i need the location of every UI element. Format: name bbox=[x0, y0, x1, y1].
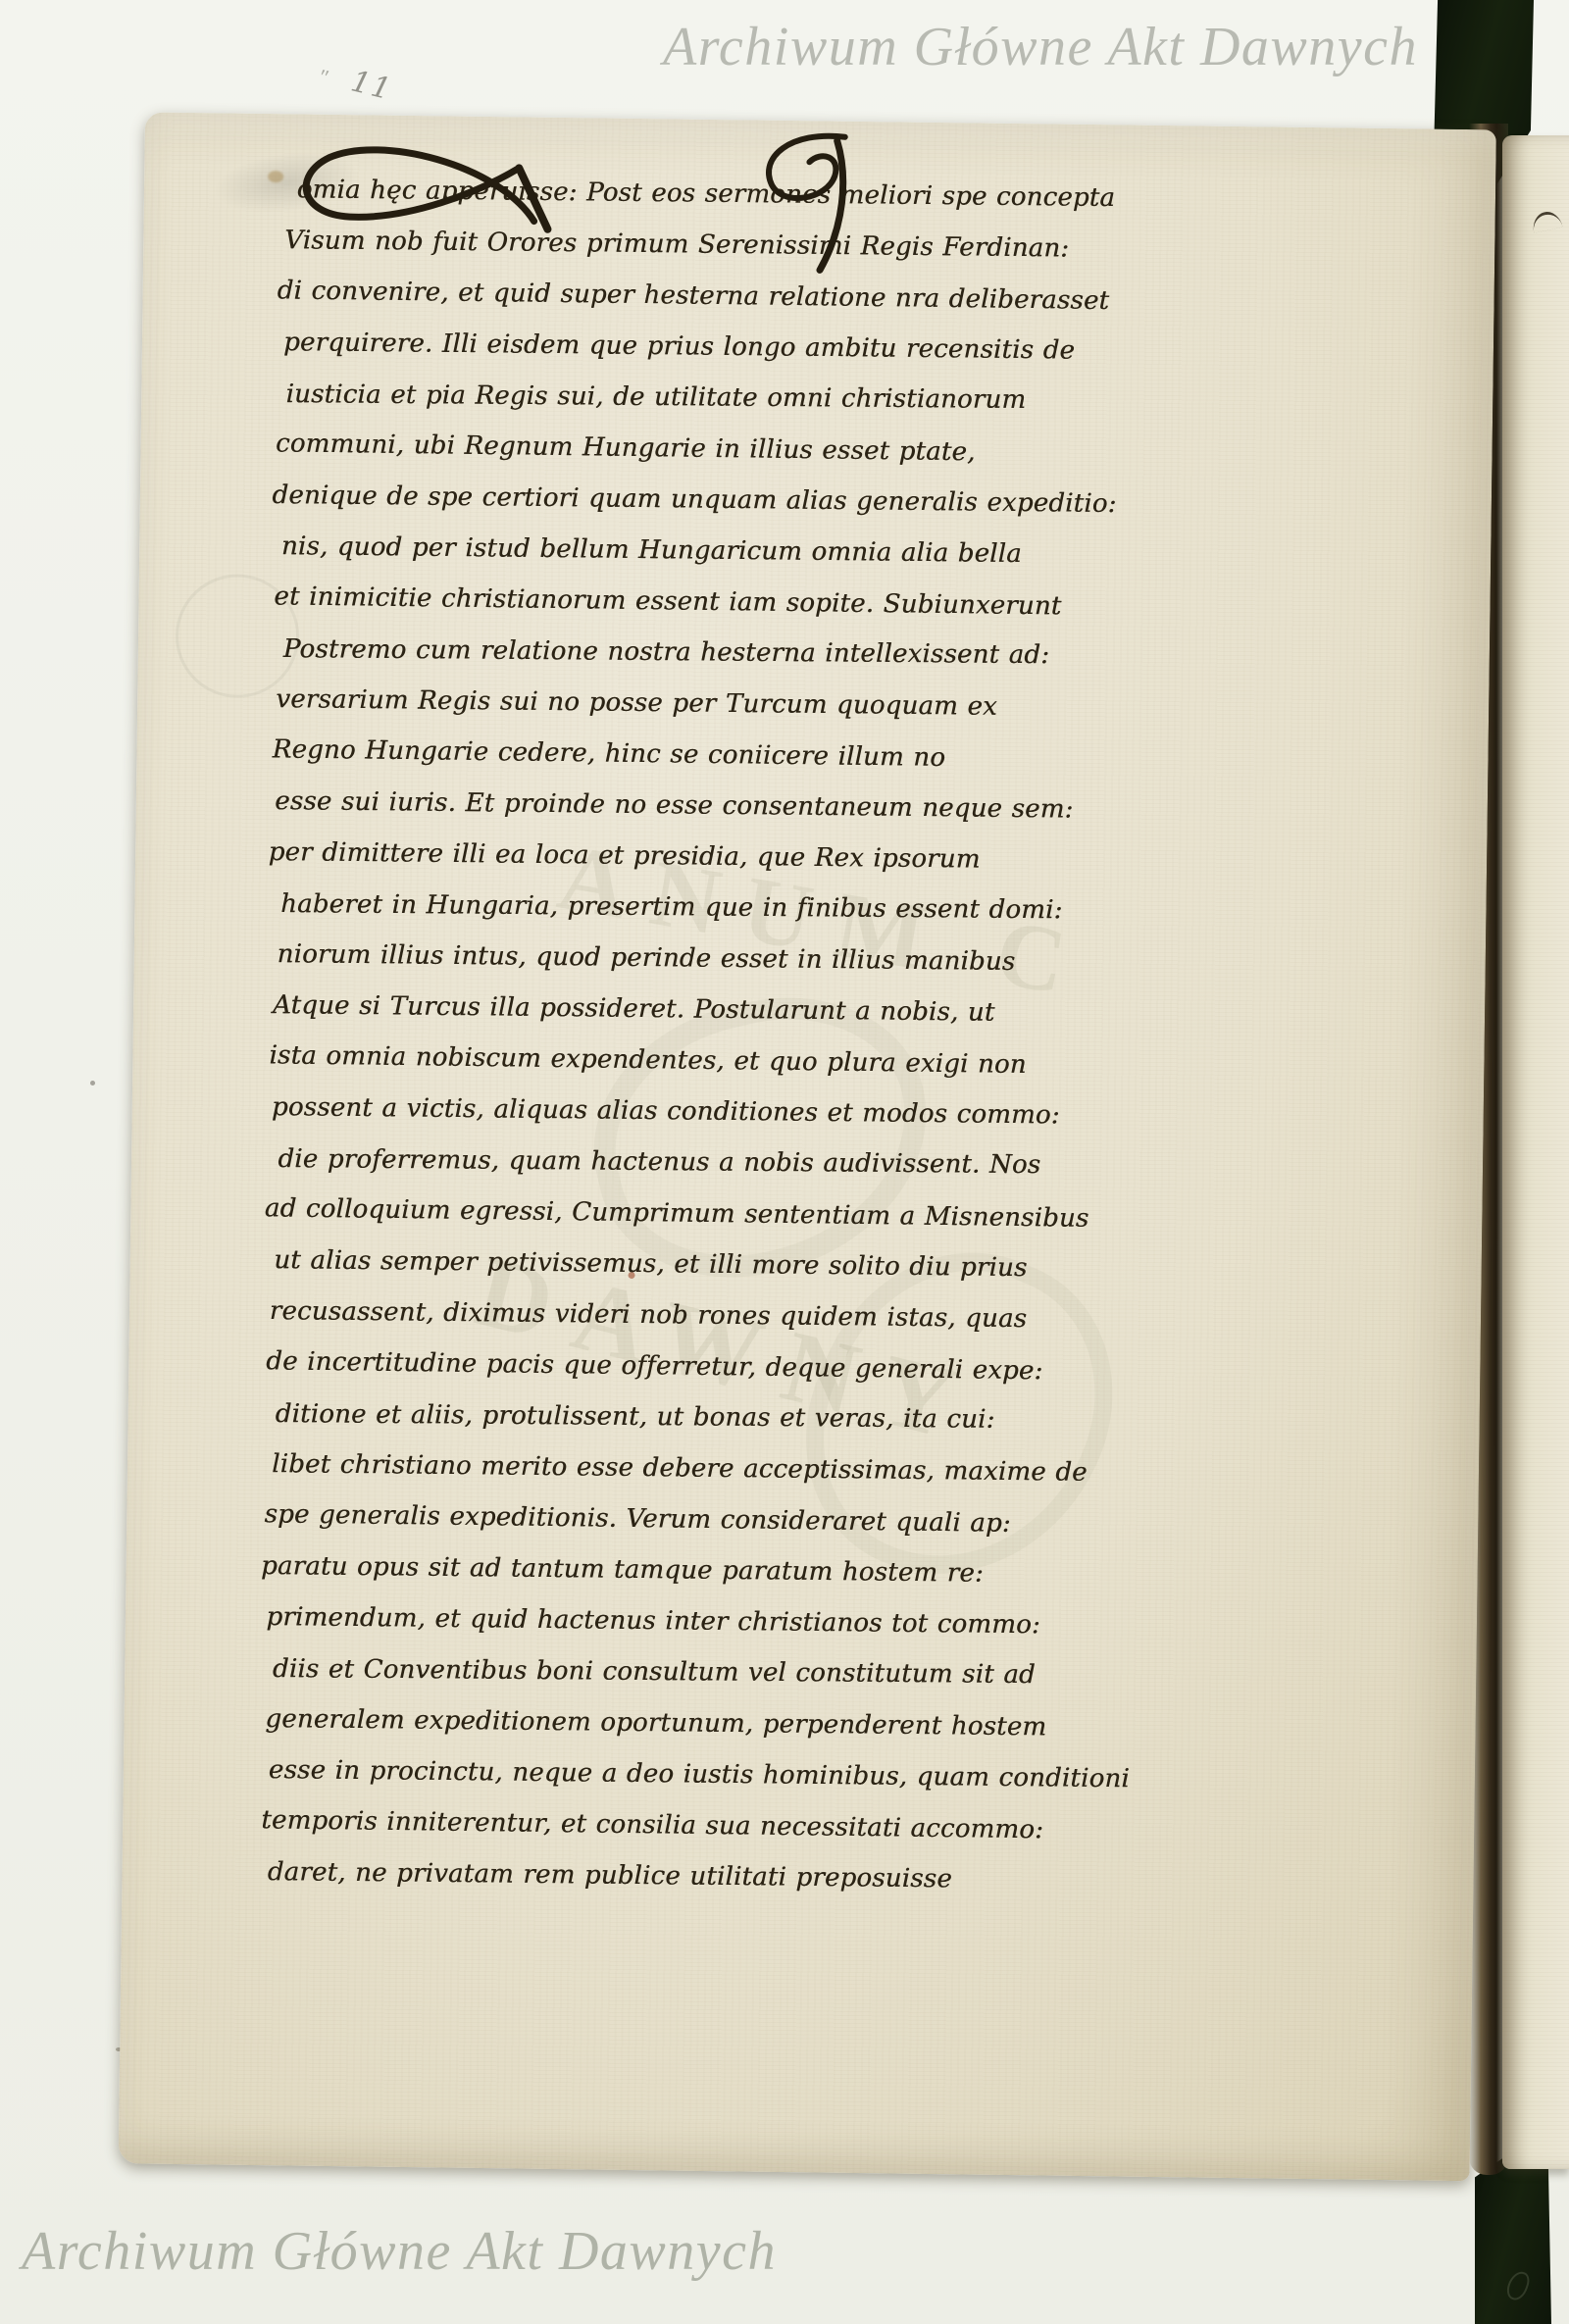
manuscript-line: versarium Regis sui no posse per Turcum … bbox=[276, 674, 951, 732]
manuscript-line: die proferremus, quam hactenus a nobis a… bbox=[278, 1134, 945, 1189]
manuscript-line: paratu opus sit ad tantum tamque paratum… bbox=[261, 1541, 942, 1598]
manuscript-line: denique de spe certiori quam unquam alia… bbox=[272, 470, 953, 528]
manuscript-line: ista omnia nobiscum expendentes, et quo … bbox=[269, 1030, 947, 1089]
archive-scan-photo: { "photo": { "background_color": "#f0f1e… bbox=[0, 0, 1569, 2324]
initial-flourish-d bbox=[290, 131, 576, 243]
manuscript-line: ditione et aliis, protulissent, ut bonas… bbox=[275, 1389, 942, 1444]
manuscript-line: ut alias semper petivissemus, et illi mo… bbox=[274, 1235, 945, 1292]
facing-page-ink-stroke bbox=[1530, 209, 1562, 233]
pencil-tick-mark: ″ bbox=[317, 64, 330, 90]
manuscript-text-block: omia hęc apperuisse: Post eos sermones m… bbox=[264, 164, 956, 1904]
manuscript-line: haberet in Hungaria, presertim que in fi… bbox=[280, 879, 948, 935]
manuscript-line: niorum illius intus, quod perinde esset … bbox=[277, 929, 948, 986]
manuscript-line: Atque si Turcus illa possideret. Postula… bbox=[273, 980, 948, 1037]
folio-number-pencil: 11 bbox=[347, 64, 395, 107]
manuscript-line: libet christiano merito esse debere acce… bbox=[272, 1439, 943, 1496]
manuscript-line: et inimicitie christianorum essent iam s… bbox=[274, 571, 952, 631]
manuscript-line: daret, ne privatam rem publice utilitati… bbox=[268, 1846, 939, 1904]
archive-watermark-top: Archiwum Główne Akt Dawnych bbox=[663, 16, 1418, 78]
manuscript-line: temporis inniterentur, et consilia sua n… bbox=[261, 1794, 939, 1854]
manuscript-line: possent a victis, aliquas alias conditio… bbox=[272, 1082, 947, 1139]
manuscript-line: Regno Hungarie cedere, hinc se coniicere… bbox=[272, 724, 950, 783]
ribbon-thread-mark bbox=[1504, 2269, 1532, 2303]
manuscript-line: primendum, et quid hactenus inter christ… bbox=[266, 1591, 941, 1649]
manuscript-line: per dimittere illi ea loca et presidia, … bbox=[268, 827, 949, 884]
manuscript-page: ANUM C DAWNY omia hęc apperuisse: Post e… bbox=[119, 112, 1496, 2181]
manuscript-line: esse sui iuris. Et proinde no esse conse… bbox=[275, 776, 950, 834]
archive-watermark-bottom: Archiwum Główne Akt Dawnych bbox=[22, 2220, 777, 2283]
manuscript-line: de incertitudine pacis que offerretur, d… bbox=[266, 1336, 944, 1395]
manuscript-line: esse in procinctu, neque a deo iustis ho… bbox=[269, 1744, 940, 1802]
manuscript-line: ad colloquium egressi, Cumprimum sentent… bbox=[265, 1183, 946, 1242]
manuscript-line: iusticia et pia Regis sui, de utilitate … bbox=[285, 369, 953, 425]
initial-flourish-p bbox=[749, 127, 898, 277]
manuscript-line: perquirere. Illi eisdem que prius longo … bbox=[283, 317, 955, 375]
bookmark-ribbon-bottom bbox=[1475, 2155, 1551, 2324]
manuscript-line: spe generalis expeditionis. Verum consid… bbox=[264, 1489, 942, 1548]
manuscript-line: Postremo cum relatione nostra hesterna i… bbox=[283, 624, 951, 680]
manuscript-line: recusassent, diximus videri nob rones qu… bbox=[270, 1286, 945, 1343]
manuscript-line: nis, quod per istud bellum Hungaricum om… bbox=[281, 521, 953, 579]
manuscript-line: generalem expeditionem oportunum, perpen… bbox=[265, 1693, 940, 1751]
manuscript-line: diis et Conventibus boni consultum vel c… bbox=[273, 1643, 940, 1699]
dust-speck bbox=[90, 1081, 95, 1086]
manuscript-line: communi, ubi Regnum Hungarie in illius e… bbox=[276, 418, 954, 478]
facing-page-edge bbox=[1502, 135, 1569, 2169]
